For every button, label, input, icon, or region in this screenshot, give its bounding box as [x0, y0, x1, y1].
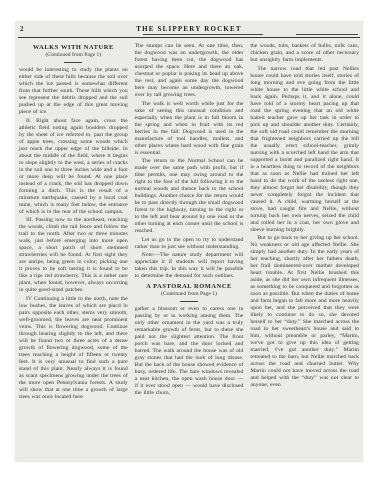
masthead-title: THE SLIPPERY ROCKET [15, 25, 363, 33]
paragraph: The walk is well worth while just for th… [135, 101, 244, 157]
article-subheading: (Continued from Page 1) [19, 52, 128, 58]
paragraph: II. Right about face again, cross the at… [19, 118, 128, 216]
paragraph: would be interesting to study the plants… [19, 67, 128, 116]
title-underline [143, 34, 263, 35]
masthead-row: 2 THE SLIPPERY ROCKET [15, 21, 363, 39]
paragraph: The return to the Normal School can be m… [135, 158, 244, 235]
paragraph: the woods, tubs, baskets of bulbs, milk … [250, 43, 359, 64]
article-subheading: (Continued from Page 1) [135, 291, 244, 297]
right-rule-segment [296, 34, 358, 35]
article-heading: WALKS WITH NATURE [19, 44, 128, 51]
column-1: WALKS WITH NATURE(Continued from Page 1)… [19, 41, 128, 458]
columns-container: WALKS WITH NATURE(Continued from Page 1)… [19, 41, 359, 458]
column-3: the woods, tubs, baskets of bulbs, milk … [250, 41, 359, 458]
page-number: 2 [20, 25, 24, 33]
paragraph: But to go back to her giving up her scho… [250, 235, 359, 389]
header-rule [18, 37, 360, 38]
newspaper-page: 2 THE SLIPPERY ROCKET WALKS WITH NATURE(… [15, 21, 363, 462]
paragraph: IV Continuing a little to the north, not… [19, 296, 128, 401]
paragraph: III. Passing now to the northeast, reach… [19, 217, 128, 294]
divider [180, 301, 198, 302]
paragraph: gather a blossom or even to caress one i… [135, 306, 244, 397]
paragraph: Note:—The nature study department will a… [135, 252, 244, 280]
paragraph: The narrow road that led past Nellies ho… [250, 66, 359, 234]
paragraph: Let us go to the open to try to understa… [135, 237, 244, 251]
divider [64, 62, 82, 63]
paragraph: The stumps can be seen. At one time, the… [135, 43, 244, 99]
column-2: The stumps can be seen. At one time, the… [135, 41, 244, 458]
article-heading: A PASTORAL ROMANCE [135, 283, 244, 290]
